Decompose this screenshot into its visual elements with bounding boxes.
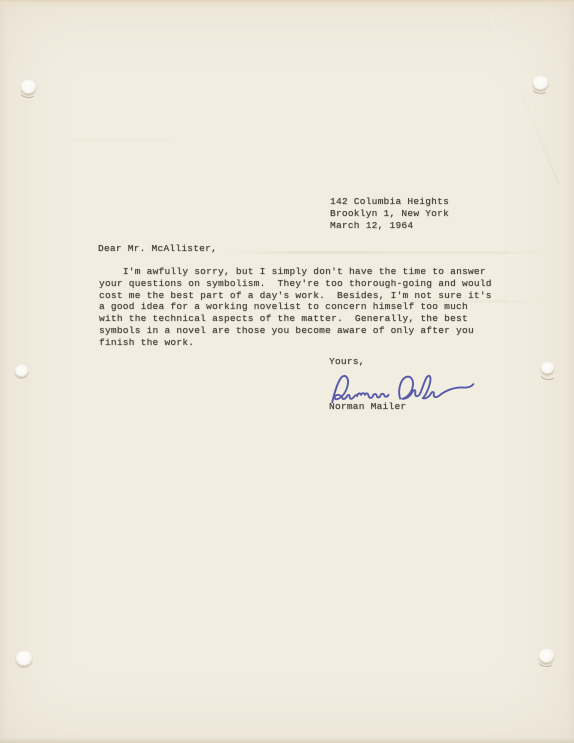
pin-hole-middle-left <box>15 365 28 377</box>
letter-body: I'm awfully sorry, but I simply don't ha… <box>99 266 495 349</box>
pin-hole-bottom-right <box>539 649 554 663</box>
typed-signature-name: Norman Mailer <box>329 401 406 413</box>
address-line-1: 142 Columbia Heights <box>330 196 449 207</box>
pin-hole-middle-right <box>541 362 554 374</box>
pin-hole-top-right <box>533 76 548 90</box>
scan-streak <box>60 138 180 141</box>
address-line-2: Brooklyn 1, New York <box>330 208 449 219</box>
scan-streak <box>225 251 555 254</box>
letter-page: 142 Columbia Heights Brooklyn 1, New Yor… <box>0 0 574 743</box>
date-line: March 12, 1964 <box>330 220 413 231</box>
pin-hole-bottom-left <box>16 651 32 666</box>
paper-bottom-edge <box>0 738 574 743</box>
closing: Yours, <box>329 356 365 368</box>
paper-top-edge <box>0 0 574 7</box>
paper-crease <box>488 12 559 184</box>
sender-address-block: 142 Columbia Heights Brooklyn 1, New Yor… <box>330 196 449 231</box>
salutation: Dear Mr. McAllister, <box>98 243 217 255</box>
pin-hole-top-left <box>21 80 36 94</box>
